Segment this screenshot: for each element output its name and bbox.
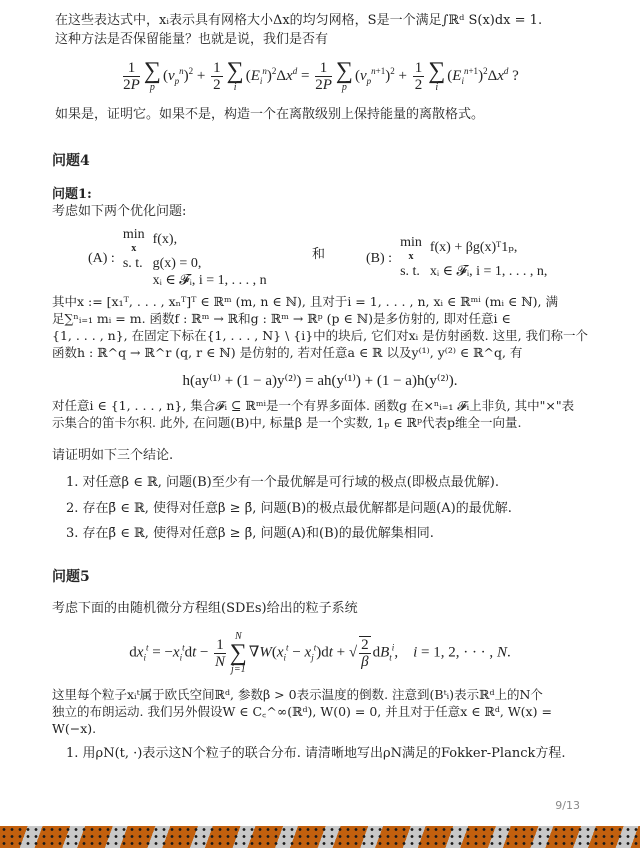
sde-equation: dxit = −xitdt − 1NN∑j=1∇W(xit − xjt)dt +…: [0, 631, 640, 675]
claim-2: 2. 存在β̄ ∈ ℝ, 使得对任意β ≥ β̄, 问题(B)的极点最优解都是问…: [66, 500, 512, 518]
problem-b-st: s. t.: [396, 263, 426, 280]
claim-2-number: 2.: [66, 501, 78, 516]
claim-3-text: 存在β̄ ∈ ℝ, 使得对任意β ≥ β̄, 问题(A)和(B)的最优解集相同.: [83, 526, 434, 541]
affine-equation: h(ay⁽¹⁾ + (1 − a)y⁽²⁾) = ah(y⁽¹⁾) + (1 −…: [0, 371, 640, 390]
problem-b-min-var: x: [408, 251, 413, 262]
claim-1: 1. 对任意β ∈ ℝ, 问题(B)至少有一个最优解是可行域的极点(即极点最优解…: [66, 474, 499, 492]
problem-b-min: min: [400, 235, 422, 250]
problem-b-objective: f(x) + βg(x)ᵀ1ₚ,: [426, 236, 552, 263]
problem-a-constraint-2: xᵢ ∈ 𝓕ᵢ, i = 1, . . . , n: [149, 272, 271, 289]
problem4-para1-line3: {1, . . . , n}, 在固定下标在{1, . . . , N} \ {…: [52, 327, 588, 345]
problem4-para2-line2: 示集合的笛卡尔积. 此外, 在问题(B)中, 标量β 是一个实数, 1ₚ ∈ ℝ…: [52, 414, 521, 432]
problem4-heading: 问题4: [52, 152, 90, 170]
intro-line-3: 如果是，证明它。如果不是，构造一个在离散级别上保持能量的离散格式。: [55, 106, 484, 124]
problem5-heading: 问题5: [52, 568, 90, 586]
problem-a-min: min: [123, 227, 145, 242]
intro-line-2: 这种方法是否保留能量？也就是说，我们是否有: [55, 31, 328, 49]
intro-line-1: 在这些表达式中，xᵢ表示具有网格大小Δx的均匀网格，S是一个满足∫ℝᵈ S(x)…: [55, 12, 542, 30]
problem5-intro: 考虑下面的由随机微分方程组(SDEs)给出的粒子系统: [52, 600, 358, 618]
problem5-para-line2: 独立的布朗运动. 我们另外假设W ∈ C꜀^∞(ℝᵈ), W(0) = 0, 并…: [52, 703, 552, 721]
claim-1-number: 1.: [66, 475, 78, 490]
problem-b: (B) : min x f(x) + βg(x)ᵀ1ₚ, s. t. xᵢ ∈ …: [362, 236, 551, 280]
problem-a-objective: f(x),: [149, 228, 271, 255]
prove-intro: 请证明如下三个结论.: [52, 447, 173, 465]
energy-equation: 12P∑p(vpn)2 + 12∑i(Ein)2Δxd = 12P∑p(vpn+…: [0, 60, 640, 93]
claim-1-text: 对任意β ∈ ℝ, 问题(B)至少有一个最优解是可行域的极点(即极点最优解).: [83, 475, 499, 490]
problem-b-constraint-1: xᵢ ∈ 𝓕ᵢ, i = 1, . . . , n,: [426, 263, 552, 280]
claim-3-number: 3.: [66, 526, 78, 541]
problem-b-label: (B) :: [362, 236, 396, 280]
document-page: 在这些表达式中，xᵢ表示具有网格大小Δx的均匀网格，S是一个满足∫ℝᵈ S(x)…: [0, 0, 640, 820]
claim-3: 3. 存在β̄ ∈ ℝ, 使得对任意β ≥ β̄, 问题(A)和(B)的最优解集…: [66, 525, 434, 543]
problem-a-label: (A) :: [84, 228, 119, 289]
problem4-para1-line1: 其中x := [x₁ᵀ, . . . , xₙᵀ]ᵀ ∈ ℝᵐ (m, n ∈ …: [52, 293, 558, 311]
problem5-item-1: 1. 用ρN(t, ·)表示这N个粒子的联合分布. 请清晰地写出ρN满足的Fok…: [66, 745, 566, 763]
problem5-item-1-number: 1.: [66, 746, 78, 761]
problem5-para-line1: 这里每个粒子xᵢᵗ属于欧氏空间ℝᵈ, 参数β > 0表示温度的倒数. 注意到(B…: [52, 686, 543, 704]
problem4-para2-line1: 对任意i ∈ {1, . . . , n}, 集合𝓕ᵢ ⊆ ℝᵐⁱ是一个有界多面…: [52, 397, 574, 415]
problem5-para-line3: W(−x).: [52, 720, 96, 738]
problem5-item-1-text: 用ρN(t, ·)表示这N个粒子的联合分布. 请清晰地写出ρN满足的Fokker…: [83, 746, 566, 761]
page-number: 9/13: [555, 799, 580, 812]
decorative-pattern-strip: [0, 826, 640, 848]
and-word: 和: [312, 246, 325, 264]
problem4-subheading: 问题1:: [52, 186, 92, 204]
problem-a: (A) : min x f(x), s. t. g(x) = 0, xᵢ ∈ 𝓕…: [84, 228, 271, 289]
claim-2-text: 存在β̄ ∈ ℝ, 使得对任意β ≥ β̄, 问题(B)的极点最优解都是问题(A…: [83, 501, 512, 516]
problem-a-st: s. t.: [119, 255, 149, 272]
problem-a-min-var: x: [131, 243, 136, 254]
problem4-intro: 考虑如下两个优化问题:: [52, 203, 186, 221]
problem-a-constraint-1: g(x) = 0,: [149, 255, 271, 272]
problem4-para1-line2: 足∑ⁿᵢ₌₁ mᵢ = m. 函数f : ℝᵐ → ℝ和g : ℝᵐ → ℝᵖ …: [52, 310, 511, 328]
problem4-para1-line4: 函数h : ℝ^q → ℝ^r (q, r ∈ ℕ) 是仿射的, 若对任意a ∈…: [52, 344, 522, 362]
